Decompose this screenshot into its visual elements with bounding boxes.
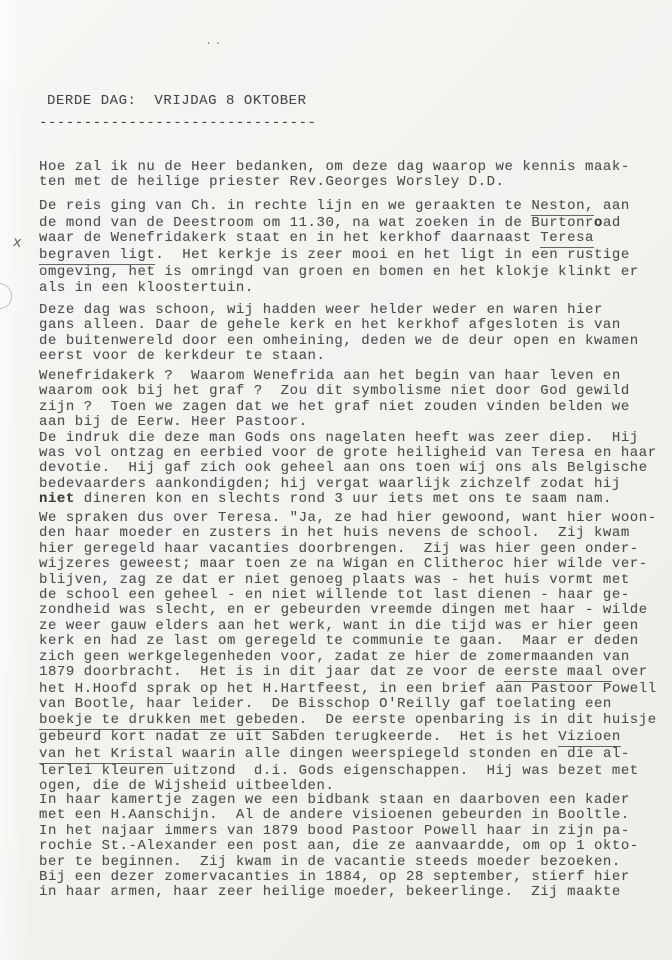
paragraph-intro: Hoe zal ik nu de Heer bedanken, om deze …	[39, 160, 630, 191]
text-line: zich geen werkgelegenheden voor, zadat z…	[39, 650, 657, 665]
text-line: rochie St.-Alexander een post aan, die z…	[39, 839, 639, 854]
text-line: hier geregeld haar vacanties doorbrengen…	[39, 542, 657, 557]
page-title: DERDE DAG: VRIJDAG 8 OKTOBER	[47, 94, 307, 109]
text-line: devotie. Hij gaf zich ook geheel aan ons…	[39, 461, 657, 476]
text-line: gebeurd kort nadat ze uit Sabden terugke…	[39, 730, 657, 747]
text-line: begraven ligt. Het kerkje is zeer mooi e…	[39, 248, 639, 265]
paragraph-weather: Deze dag was schoon, wij hadden weer hel…	[39, 303, 639, 365]
text-line: niet dineren kon en slechts rond 3 uur i…	[39, 492, 657, 507]
text-line: van Bootle, haar leider. De Bisschop O'R…	[39, 697, 657, 712]
text-line: van het Kristal waarin alle dingen weers…	[39, 747, 657, 764]
text-line: de mond van de Deestroom om 11.30, na wa…	[39, 216, 639, 231]
text-line: eerst voor de kerkdeur te staan.	[39, 349, 639, 364]
text-line: ten met de heilige priester Rev.Georges …	[39, 175, 630, 190]
text-line: zondheid was slecht, en er gebeurden vre…	[39, 603, 657, 618]
text-line: waarom ook bij het graf ? Zou dit symbol…	[39, 384, 657, 399]
text-line: aan bij de Eerw. Heer Pastoor.	[39, 415, 657, 430]
text-line: boekje te drukken met gebeden. De eerste…	[39, 713, 657, 730]
text-line: zijn ? Toen we zagen dat we het graf nie…	[39, 400, 657, 415]
text-line: De reis ging van Ch. in rechte lijn en w…	[39, 199, 639, 216]
text-line: ber te beginnen. Zij kwam in de vacantie…	[39, 855, 639, 870]
margin-annotation-x: x	[12, 234, 30, 252]
title-underline-dashes: -------------------------------	[39, 116, 317, 131]
paragraph-journey: De reis ging van Ch. in rechte lijn en w…	[39, 199, 639, 296]
text-line: In het najaar immers van 1879 bood Pasto…	[39, 824, 639, 839]
text-line: De indruk die deze man Gods ons nagelate…	[39, 431, 657, 446]
scanned-typewritten-page: .. DERDE DAG: VRIJDAG 8 OKTOBER --------…	[0, 0, 672, 960]
text-line: gans alleen. Daar de gehele kerk en het …	[39, 318, 639, 333]
text-line: waar de Wenefridakerk staat en in het ke…	[39, 231, 639, 248]
text-line: als in een kloostertuin.	[39, 281, 639, 296]
paragraph-kamertje: In haar kamertje zagen we een bidbank st…	[39, 793, 639, 901]
text-line: in haar armen, haar zeer heilige moeder,…	[39, 885, 639, 900]
text-line: ze weer gauw elders aan het werk, want i…	[39, 619, 657, 634]
text-line: kerk en had ze last om geregeld te commu…	[39, 634, 657, 649]
text-line: omgeving, het is omringd van groen en bo…	[39, 265, 639, 280]
pencil-circle-mark	[0, 281, 14, 310]
text-line: blijven, zag ze dat er niet genoeg plaat…	[39, 573, 657, 588]
paragraph-wenefridakerk: Wenefridakerk ? Waarom Wenefrida aan het…	[39, 369, 657, 508]
text-line: 1879 doorbracht. Het is in dit jaar dat …	[39, 665, 657, 682]
text-line: den haar moeder en zusters in het huis n…	[39, 526, 657, 541]
text-line: met een H.Aanschijn. Al de andere visioe…	[39, 808, 639, 823]
text-line: bedevaarders aankondigden; hij vergat wa…	[39, 477, 657, 492]
paragraph-teresa: We spraken dus over Teresa. "Ja, ze had …	[39, 511, 657, 794]
text-line: lerlei kleuren uitzond d.i. Gods eigensc…	[39, 764, 657, 779]
text-line: de buitenwereld door een omheining, dede…	[39, 334, 639, 349]
stray-pencil-dots: ..	[205, 34, 223, 48]
text-line: wijzeres geweest; maar toen ze na Wigan …	[39, 557, 657, 572]
